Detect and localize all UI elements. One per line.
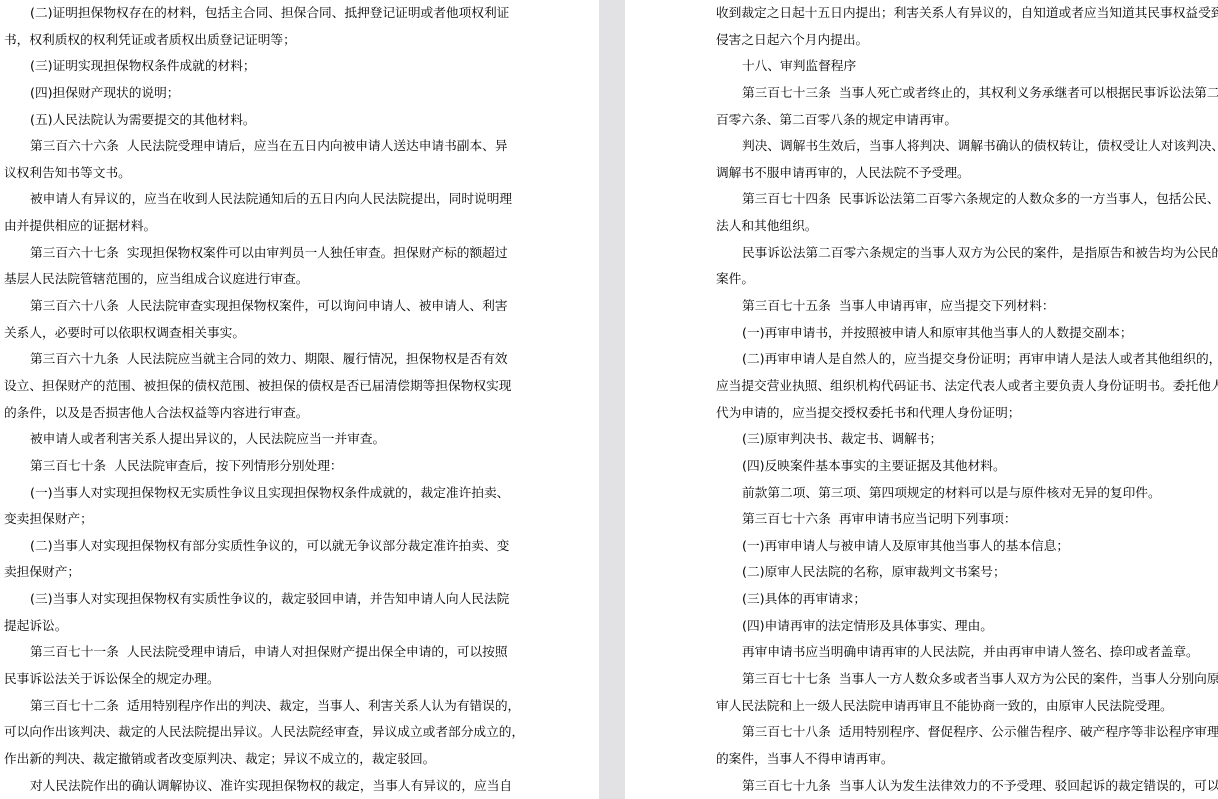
text-line: (三)证明实现担保物权条件成就的材料；	[4, 53, 596, 80]
text-line: (三)具体的再审请求；	[716, 586, 1218, 613]
text-line: 审人民法院和上一级人民法院申请再审且不能协商一致的，由原审人民法院受理。	[716, 693, 1218, 720]
text-line: 关系人，必要时可以依职权调查相关事实。	[4, 320, 596, 347]
text-line: 被申请人或者利害关系人提出异议的，人民法院应当一并审查。	[4, 426, 596, 453]
text-line: 第三百七十二条 适用特别程序作出的判决、裁定，当事人、利害关系人认为有错误的，	[4, 693, 596, 720]
text-line: (二)当事人对实现担保物权有部分实质性争议的，可以就无争议部分裁定准许拍卖、变	[4, 533, 596, 560]
text-line: 民事诉讼法第二百零六条规定的当事人双方为公民的案件，是指原告和被告均为公民的	[716, 240, 1218, 267]
text-line: 再审申请书应当明确申请再审的人民法院，并由再审申请人签名、捺印或者盖章。	[716, 639, 1218, 666]
document-page-right: 收到裁定之日起十五日内提出；利害关系人有异议的，自知道或者应当知道其民事权益受到…	[625, 0, 1218, 799]
text-line: 第三百六十八条 人民法院审查实现担保物权案件，可以询问申请人、被申请人、利害	[4, 293, 596, 320]
text-line: (三)原审判决书、裁定书、调解书；	[716, 426, 1218, 453]
left-page-text-column: (二)证明担保物权存在的材料，包括主合同、担保合同、抵押登记证明或者他项权利证书…	[4, 0, 596, 799]
text-line: 可以向作出该判决、裁定的人民法院提出异议。人民法院经审查，异议成立或者部分成立的…	[4, 719, 596, 746]
text-line: 应当提交营业执照、组织机构代码证书、法定代表人或者主要负责人身份证明书。委托他人	[716, 373, 1218, 400]
text-line: (二)证明担保物权存在的材料，包括主合同、担保合同、抵押登记证明或者他项权利证	[4, 0, 596, 27]
text-line: 代为申请的，应当提交授权委托书和代理人身份证明；	[716, 400, 1218, 427]
text-line: (四)反映案件基本事实的主要证据及其他材料。	[716, 453, 1218, 480]
text-line: 第三百七十六条 再审申请书应当记明下列事项：	[716, 506, 1218, 533]
text-line: 第三百七十八条 适用特别程序、督促程序、公示催告程序、破产程序等非讼程序审理	[716, 719, 1218, 746]
text-line: 第三百七十四条 民事诉讼法第二百零六条规定的人数众多的一方当事人，包括公民、	[716, 186, 1218, 213]
text-line: 书，权利质权的权利凭证或者质权出质登记证明等；	[4, 27, 596, 54]
text-line: (四)担保财产现状的说明；	[4, 80, 596, 107]
text-line: 侵害之日起六个月内提出。	[716, 27, 1218, 54]
text-line: 卖担保财产；	[4, 559, 596, 586]
right-page-text-column: 收到裁定之日起十五日内提出；利害关系人有异议的，自知道或者应当知道其民事权益受到…	[716, 0, 1218, 799]
text-line: 的案件，当事人不得申请再审。	[716, 746, 1218, 773]
text-line: 由并提供相应的证据材料。	[4, 213, 596, 240]
text-line: 判决、调解书生效后，当事人将判决、调解书确认的债权转让，债权受让人对该判决、	[716, 133, 1218, 160]
text-line: (一)再审申请书，并按照被申请人和原审其他当事人的人数提交副本；	[716, 320, 1218, 347]
text-line: 第三百七十五条 当事人申请再审，应当提交下列材料：	[716, 293, 1218, 320]
text-line: 第三百七十条 人民法院审查后，按下列情形分别处理：	[4, 453, 596, 480]
text-line: 第三百六十六条 人民法院受理申请后，应当在五日内向被申请人送达申请书副本、异	[4, 133, 596, 160]
text-line: (五)人民法院认为需要提交的其他材料。	[4, 107, 596, 134]
text-line: 设立、担保财产的范围、被担保的债权范围、被担保的债权是否已届清偿期等担保物权实现	[4, 373, 596, 400]
text-line: 十八、审判监督程序	[716, 53, 1218, 80]
text-line: 被申请人有异议的，应当在收到人民法院通知后的五日内向人民法院提出，同时说明理	[4, 186, 596, 213]
text-line: (二)原审人民法院的名称，原审裁判文书案号；	[716, 559, 1218, 586]
text-line: 第三百六十九条 人民法院应当就主合同的效力、期限、履行情况，担保物权是否有效	[4, 346, 596, 373]
document-viewer: (二)证明担保物权存在的材料，包括主合同、担保合同、抵押登记证明或者他项权利证书…	[0, 0, 1218, 799]
text-line: 第三百七十七条 当事人一方人数众多或者当事人双方为公民的案件，当事人分别向原	[716, 666, 1218, 693]
text-line: 收到裁定之日起十五日内提出；利害关系人有异议的，自知道或者应当知道其民事权益受到	[716, 0, 1218, 27]
text-line: 第三百七十一条 人民法院受理申请后，申请人对担保财产提出保全申请的，可以按照	[4, 639, 596, 666]
text-line: (一)再审申请人与被申请人及原审其他当事人的基本信息；	[716, 533, 1218, 560]
text-line: (四)申请再审的法定情形及具体事实、理由。	[716, 613, 1218, 640]
text-line: 第三百六十七条 实现担保物权案件可以由审判员一人独任审查。担保财产标的额超过	[4, 240, 596, 267]
text-line: 民事诉讼法关于诉讼保全的规定办理。	[4, 666, 596, 693]
text-line: 第三百七十九条 当事人认为发生法律效力的不予受理、驳回起诉的裁定错误的，可以	[716, 773, 1218, 799]
text-line: 议权利告知书等文书。	[4, 160, 596, 187]
text-line: 对人民法院作出的确认调解协议、准许实现担保物权的裁定，当事人有异议的，应当自	[4, 773, 596, 799]
text-line: 百零六条、第二百零八条的规定申请再审。	[716, 107, 1218, 134]
text-line: 提起诉讼。	[4, 613, 596, 640]
text-line: 变卖担保财产；	[4, 506, 596, 533]
text-line: 前款第二项、第三项、第四项规定的材料可以是与原件核对无异的复印件。	[716, 480, 1218, 507]
text-line: 的条件，以及是否损害他人合法权益等内容进行审查。	[4, 400, 596, 427]
text-line: 法人和其他组织。	[716, 213, 1218, 240]
text-line: 基层人民法院管辖范围的，应当组成合议庭进行审查。	[4, 266, 596, 293]
text-line: 案件。	[716, 266, 1218, 293]
document-page-left: (二)证明担保物权存在的材料，包括主合同、担保合同、抵押登记证明或者他项权利证书…	[0, 0, 599, 799]
text-line: (二)再审申请人是自然人的，应当提交身份证明；再审申请人是法人或者其他组织的，	[716, 346, 1218, 373]
text-line: 作出新的判决、裁定撤销或者改变原判决、裁定；异议不成立的，裁定驳回。	[4, 746, 596, 773]
text-line: (三)当事人对实现担保物权有实质性争议的，裁定驳回申请，并告知申请人向人民法院	[4, 586, 596, 613]
text-line: 调解书不服申请再审的，人民法院不予受理。	[716, 160, 1218, 187]
text-line: 第三百七十三条 当事人死亡或者终止的，其权利义务承继者可以根据民事诉讼法第二	[716, 80, 1218, 107]
text-line: (一)当事人对实现担保物权无实质性争议且实现担保物权条件成就的，裁定准许拍卖、	[4, 480, 596, 507]
page-gutter	[599, 0, 625, 799]
